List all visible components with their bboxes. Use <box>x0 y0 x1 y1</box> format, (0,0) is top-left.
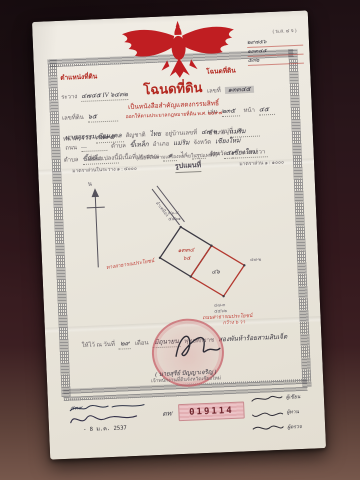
signature-scribble <box>251 422 285 435</box>
document-title-block: โฉนดที่ดิน เป็นหนังสือสำคัญแสดงกรรมสิทธิ… <box>112 76 234 122</box>
marker-label: ๔๗-๒ <box>250 257 261 262</box>
signature-row: ผู้ตรวจ <box>251 421 313 436</box>
issue-year: สองพันห้าร้อยสามสิบเจ็ด <box>218 334 287 344</box>
signature-column-right: ผู้เขียน ผู้ทาน ผู้ตรวจ <box>250 391 314 436</box>
signature-scribble <box>250 392 284 405</box>
public-way-note: ทางสาธารณประโยชน์ <box>106 257 156 271</box>
boundary-markers <box>157 223 246 300</box>
serial-number: 019114 <box>189 405 234 417</box>
marker-label: ๔๗-๓ <box>214 302 226 307</box>
signature-row: ผู้เขียน <box>250 391 312 406</box>
signature-role-label: ผู้ตรวจ <box>287 423 302 432</box>
page-label: หน้า <box>243 108 255 114</box>
signature-row: ผู้ทาน <box>250 406 312 421</box>
signature-scribble <box>250 407 284 420</box>
issue-month-label: เดือน <box>135 340 149 347</box>
north-label: น <box>88 182 92 188</box>
plot-sketch-map: น ลำเหมือง ๑๓๓๔ ๖๕ ๔๖ ๓๖-๔ ๕๕๖๑ <box>58 167 300 333</box>
plot-left-number: ๑๓๓๔ <box>178 247 196 254</box>
signature-role-label: ผู้ทาน <box>286 408 299 417</box>
signature-role-label: ผู้เขียน <box>286 393 301 402</box>
red-clerk-notes: ๒๙๗๕๖ ๑๓๓๔๕ ๕๓๒ <box>247 37 304 66</box>
plot-left-subnumber: ๖๕ <box>183 256 192 262</box>
marker-label: ๕๕๖๒ <box>214 308 227 314</box>
deed-paper: ( น.ส. ๔ จ ) ๒๙๗๕๖ ๑๓๓๔๕ ๕๓๒ ตำแหน่งที่ด… <box>32 10 326 459</box>
page-value: ๔๕ <box>259 104 275 116</box>
serial-prefix-note: ตท/ <box>162 408 173 418</box>
serial-number-stamp: 019114 <box>178 401 245 421</box>
parcel-no-label: เลขที่ดิน <box>62 115 84 122</box>
marker-label: ๕๕๖๑ <box>168 216 181 222</box>
north-arrow-icon <box>86 189 107 268</box>
photo-of-land-deed: ( น.ส. ๔ จ ) ๒๙๗๕๖ ๑๓๓๔๕ ๕๓๒ ตำแหน่งที่ด… <box>0 0 360 480</box>
clerk-left-note: ๕๓๙ <box>70 404 82 412</box>
issue-prefix: ให้ไว้ ณ วันที่ <box>82 342 115 349</box>
issue-day: ๒๙ <box>119 338 131 349</box>
form-code-note: ( น.ส. ๔ จ ) <box>272 27 296 36</box>
plot-right-number: ๔๖ <box>211 269 221 275</box>
public-road-note: ถนนสาธารณประโยชน์ <box>202 312 253 321</box>
official-signature <box>157 324 229 371</box>
ravang-label: ระวาง <box>61 94 77 101</box>
marker-label: ๓๖-๔ <box>168 210 180 215</box>
